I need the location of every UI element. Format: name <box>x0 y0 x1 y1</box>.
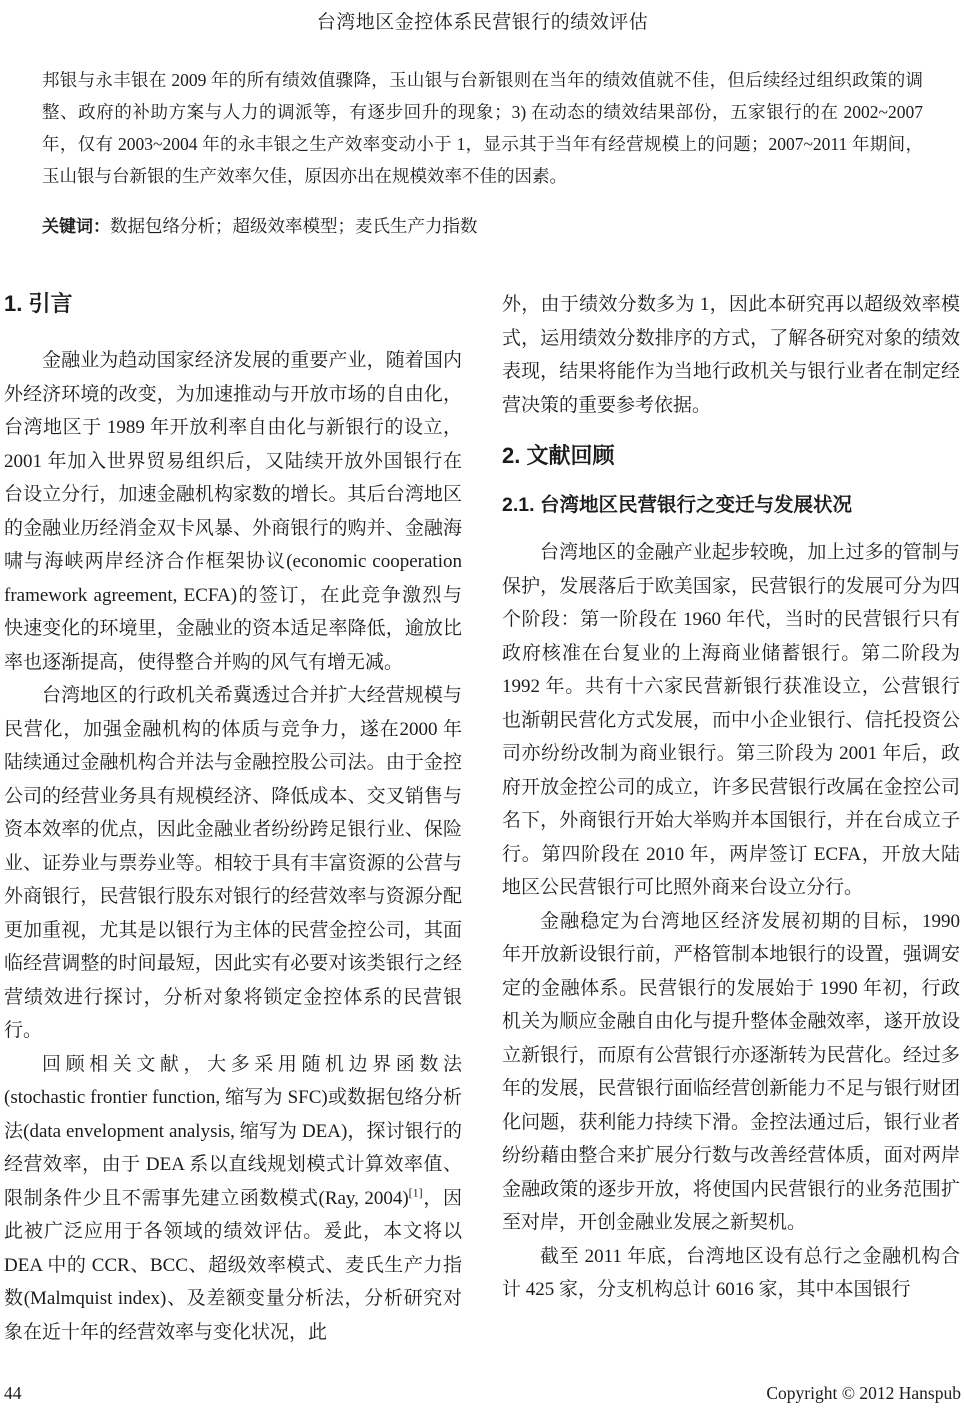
section-2-1-paragraph-2: 金融稳定为台湾地区经济发展初期的目标，1990 年开放新设银行前，严格管制本地银… <box>502 905 960 1240</box>
section-1-paragraph-3-text: 回顾相关文献，大多采用随机边界函数法(stochastic frontier f… <box>4 1054 462 1209</box>
keywords-label: 关键词： <box>42 217 110 236</box>
section-1-paragraph-2: 台湾地区的行政机关希冀透过合并扩大经营规模与民营化，加强金融机构的体质与竞争力，… <box>4 679 462 1048</box>
section-2-1-paragraph-3: 截至 2011 年底，台湾地区设有总行之金融机构合计 425 家，分支机构总计 … <box>502 1240 960 1307</box>
section-2-heading: 2. 文献回顾 <box>502 442 960 470</box>
section-1-paragraph-3: 回顾相关文献，大多采用随机边界函数法(stochastic frontier f… <box>4 1048 462 1350</box>
section-1-paragraph-3-column-continuation: 外，由于绩效分数多为 1，因此本研究再以超级效率模式，运用绩效分数排序的方式，了… <box>502 288 960 422</box>
right-column: 外，由于绩效分数多为 1，因此本研究再以超级效率模式，运用绩效分数排序的方式，了… <box>502 288 960 1349</box>
reference-1-superscript: [1] <box>409 1185 423 1199</box>
section-1-paragraph-3-continued: ，因此被广泛应用于各领域的绩效评估。爰此，本文将以 DEA 中的 CCR、BCC… <box>4 1188 462 1343</box>
section-2-1-subheading: 2.1. 台湾地区民营银行之变迁与发展状况 <box>502 492 960 518</box>
keywords-line: 关键词：数据包络分析；超级效率模型；麦氏生产力指数 <box>42 213 923 240</box>
abstract-continuation-text: 邦银与永丰银在 2009 年的所有绩效值骤降，玉山银与台新银则在当年的绩效值就不… <box>42 64 923 192</box>
two-column-body: 1. 引言 金融业为趋动国家经济发展的重要产业，随着国内外经济环境的改变，为加速… <box>0 288 965 1349</box>
section-1-heading: 1. 引言 <box>4 290 462 318</box>
section-1-paragraph-1: 金融业为趋动国家经济发展的重要产业，随着国内外经济环境的改变，为加速推动与开放市… <box>4 344 462 679</box>
footer-page-number: 44 <box>4 1383 22 1404</box>
section-2-1-paragraph-1: 台湾地区的金融产业起步较晚，加上过多的管制与保护，发展落后于欧美国家，民营银行的… <box>502 536 960 905</box>
keywords-text: 数据包络分析；超级效率模型；麦氏生产力指数 <box>110 216 478 236</box>
paper-page: 台湾地区金控体系民营银行的绩效评估 邦银与永丰银在 2009 年的所有绩效值骤降… <box>0 0 965 1414</box>
running-title: 台湾地区金控体系民营银行的绩效评估 <box>0 0 965 34</box>
footer-copyright: Copyright © 2012 Hanspub <box>766 1383 961 1404</box>
left-column: 1. 引言 金融业为趋动国家经济发展的重要产业，随着国内外经济环境的改变，为加速… <box>4 288 462 1349</box>
page-footer: 44 Copyright © 2012 Hanspub <box>4 1383 961 1404</box>
